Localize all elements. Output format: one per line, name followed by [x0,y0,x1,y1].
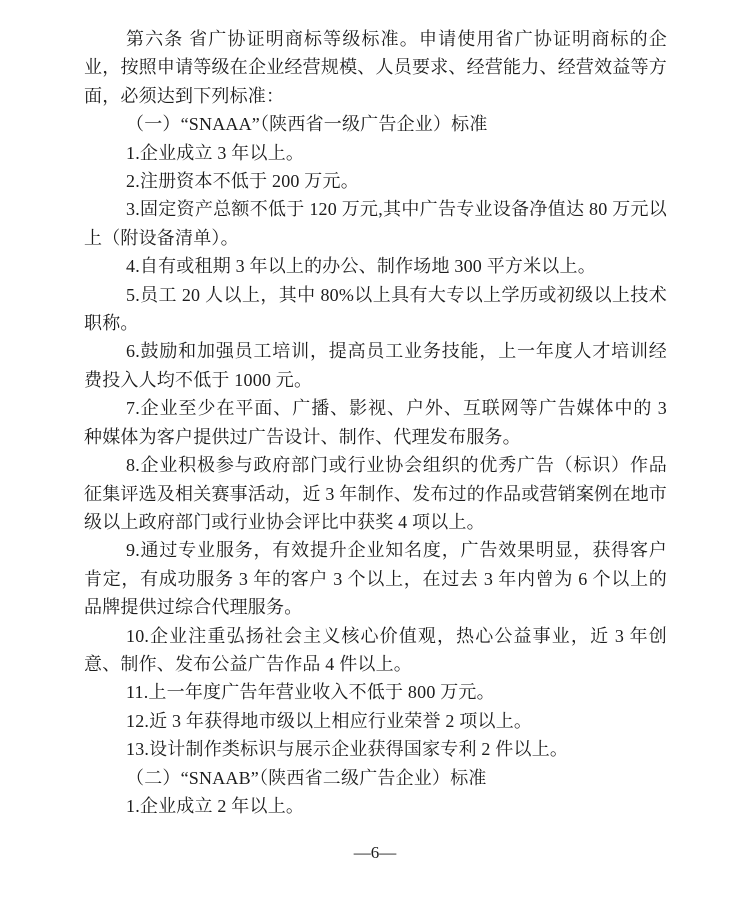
snaaa-item-8: 8.企业积极参与政府部门或行业协会组织的优秀广告（标识）作品征集评选及相关赛事活… [84,451,667,536]
document-body: 第六条 省广协证明商标等级标准。申请使用省广协证明商标的企业，按照申请等级在企业… [84,25,667,820]
snaaa-item-4: 4.自有或租期 3 年以上的办公、制作场地 300 平方米以上。 [84,252,667,280]
section-2-snaab-heading: （二）“SNAAB”（陕西省二级广告企业）标准 [84,764,667,792]
snaaa-item-1: 1.企业成立 3 年以上。 [84,139,667,167]
snaaa-item-11: 11.上一年度广告年营业收入不低于 800 万元。 [84,678,667,706]
page-footer: —6— [0,843,750,863]
snaaa-item-2: 2.注册资本不低于 200 万元。 [84,167,667,195]
snaaa-item-5: 5.员工 20 人以上，其中 80%以上具有大专以上学历或初级以上技术职称。 [84,281,667,338]
snaaa-item-9: 9.通过专业服务，有效提升企业知名度，广告效果明显，获得客户肯定，有成功服务 3… [84,536,667,621]
page-number: —6— [354,843,397,862]
snaaa-item-13: 13.设计制作类标识与展示企业获得国家专利 2 件以上。 [84,735,667,763]
section-1-snaaa-heading: （一）“SNAAA”（陕西省一级广告企业）标准 [84,110,667,138]
article-6-heading-paragraph: 第六条 省广协证明商标等级标准。申请使用省广协证明商标的企业，按照申请等级在企业… [84,25,667,110]
snaaa-item-3: 3.固定资产总额不低于 120 万元,其中广告专业设备净值达 80 万元以上（附… [84,195,667,252]
snaaa-item-12: 12.近 3 年获得地市级以上相应行业荣誉 2 项以上。 [84,707,667,735]
snaaa-item-7: 7.企业至少在平面、广播、影视、户外、互联网等广告媒体中的 3 种媒体为客户提供… [84,394,667,451]
document-page: 第六条 省广协证明商标等级标准。申请使用省广协证明商标的企业，按照申请等级在企业… [0,0,750,900]
snaab-item-1: 1.企业成立 2 年以上。 [84,792,667,820]
snaaa-item-10: 10.企业注重弘扬社会主义核心价值观，热心公益事业，近 3 年创意、制作、发布公… [84,622,667,679]
snaaa-item-6: 6.鼓励和加强员工培训，提高员工业务技能，上一年度人才培训经费投入人均不低于 1… [84,337,667,394]
